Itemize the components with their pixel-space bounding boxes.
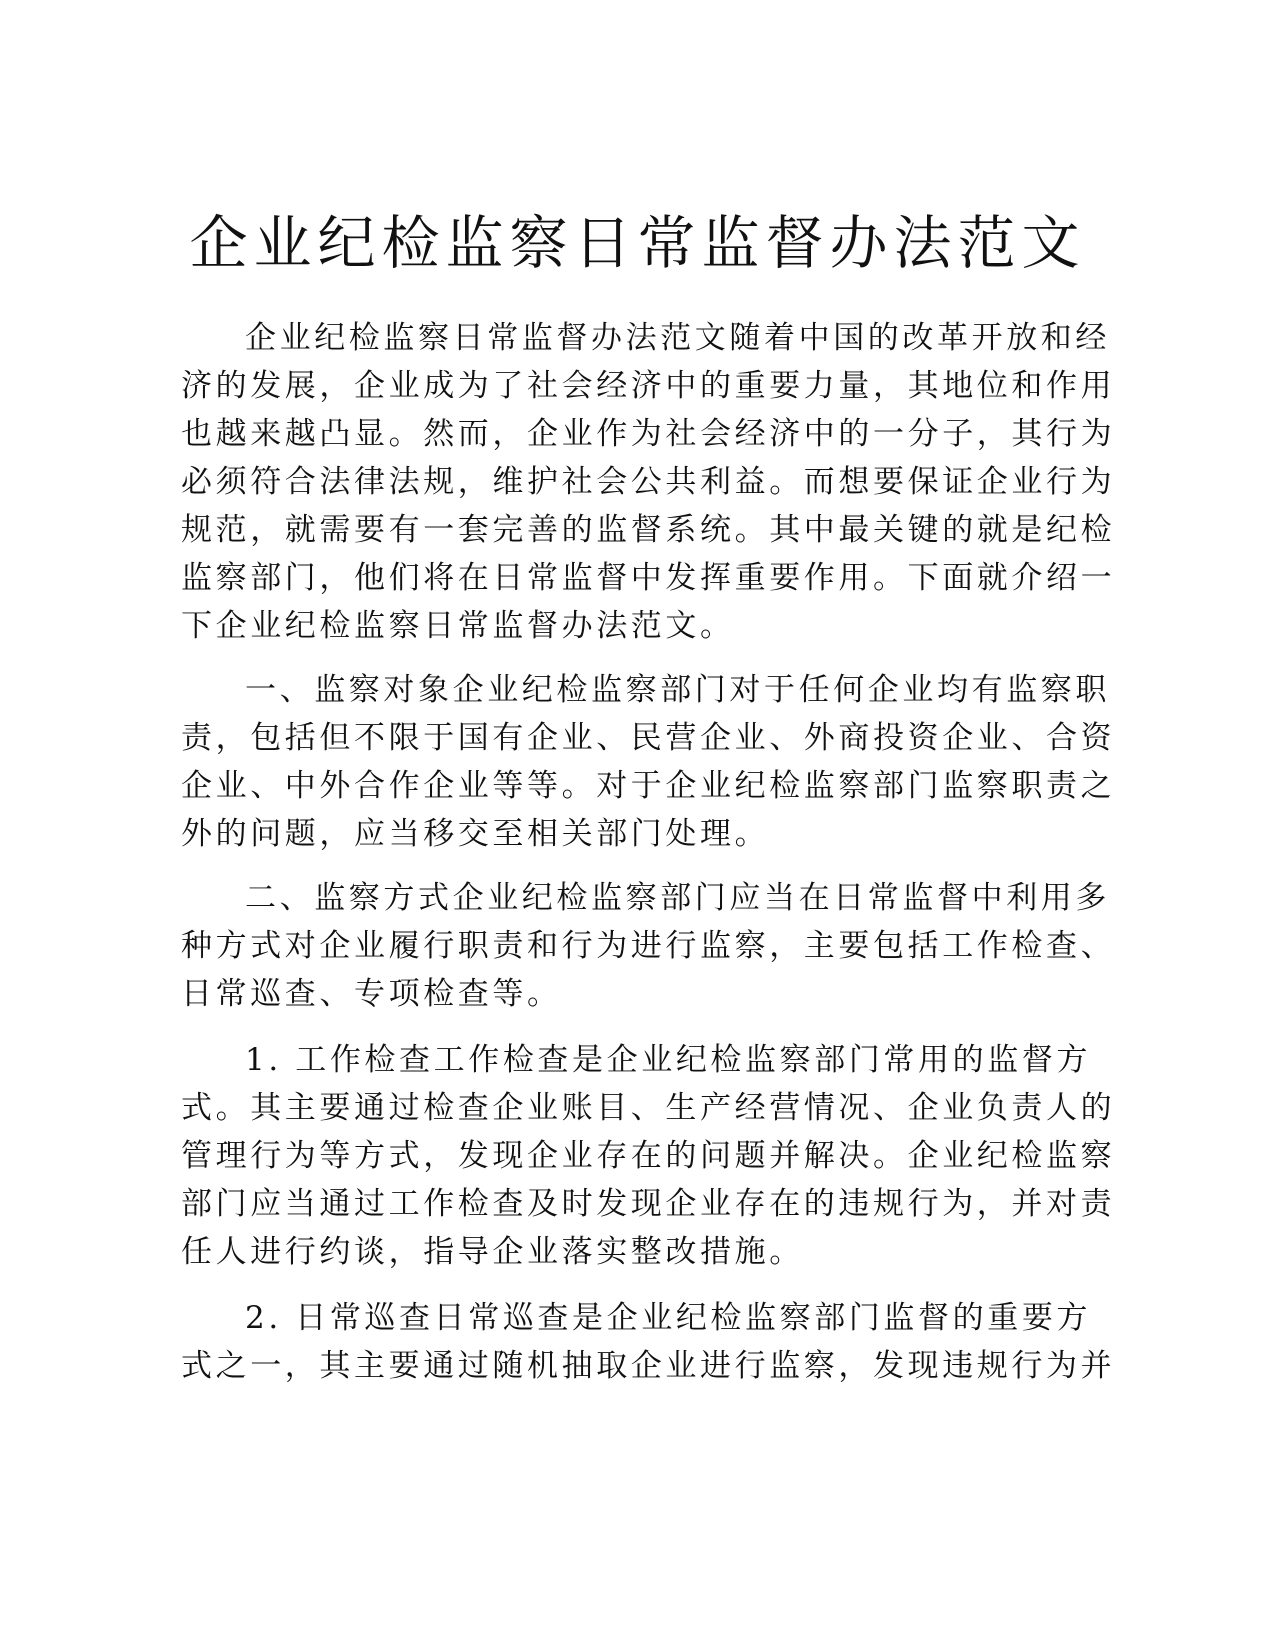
paragraph-line: 也越来越凸显。然而，企业作为社会经济中的一分子，其行为 <box>181 414 1041 454</box>
paragraph-line: 式。其主要通过检查企业账目、生产经营情况、企业负责人的 <box>181 1088 1041 1128</box>
paragraph-line: 济的发展，企业成为了社会经济中的重要力量，其地位和作用 <box>181 366 1041 406</box>
paragraph-line: 一、监察对象企业纪检监察部门对于任何企业均有监察职 <box>245 670 1041 710</box>
document-page: 企业纪检监察日常监督办法范文 企业纪检监察日常监督办法范文随着中国的改革开放和经… <box>0 0 1275 1650</box>
paragraph-line: 日常巡查、专项检查等。 <box>181 974 1041 1014</box>
paragraph-line: 企业纪检监察日常监督办法范文随着中国的改革开放和经 <box>245 318 1041 358</box>
paragraph-line: 监察部门，他们将在日常监督中发挥重要作用。下面就介绍一 <box>181 558 1041 598</box>
paragraph-line: 必须符合法律法规，维护社会公共利益。而想要保证企业行为 <box>181 462 1041 502</box>
paragraph-line: 式之一，其主要通过随机抽取企业进行监察，发现违规行为并 <box>181 1346 1041 1386</box>
paragraph-line: 企业、中外合作企业等等。对于企业纪检监察部门监察职责之 <box>181 766 1041 806</box>
paragraph-line: 任人进行约谈，指导企业落实整改措施。 <box>181 1232 1041 1272</box>
paragraph-line: 下企业纪检监察日常监督办法范文。 <box>181 606 1041 646</box>
paragraph-line: 种方式对企业履行职责和行为进行监察，主要包括工作检查、 <box>181 926 1041 966</box>
paragraph-line: 规范，就需要有一套完善的监督系统。其中最关键的就是纪检 <box>181 510 1041 550</box>
paragraph-line: 二、监察方式企业纪检监察部门应当在日常监督中利用多 <box>245 878 1041 918</box>
paragraph-line: 1. 工作检查工作检查是企业纪检监察部门常用的监督方 <box>245 1040 1041 1080</box>
paragraph-line: 部门应当通过工作检查及时发现企业存在的违规行为，并对责 <box>181 1184 1041 1224</box>
paragraph-line: 责，包括但不限于国有企业、民营企业、外商投资企业、合资 <box>181 718 1041 758</box>
document-title: 企业纪检监察日常监督办法范文 <box>0 208 1275 278</box>
paragraph-line: 管理行为等方式，发现企业存在的问题并解决。企业纪检监察 <box>181 1136 1041 1176</box>
paragraph-line: 2. 日常巡查日常巡查是企业纪检监察部门监督的重要方 <box>245 1298 1041 1338</box>
paragraph-line: 外的问题，应当移交至相关部门处理。 <box>181 814 1041 854</box>
